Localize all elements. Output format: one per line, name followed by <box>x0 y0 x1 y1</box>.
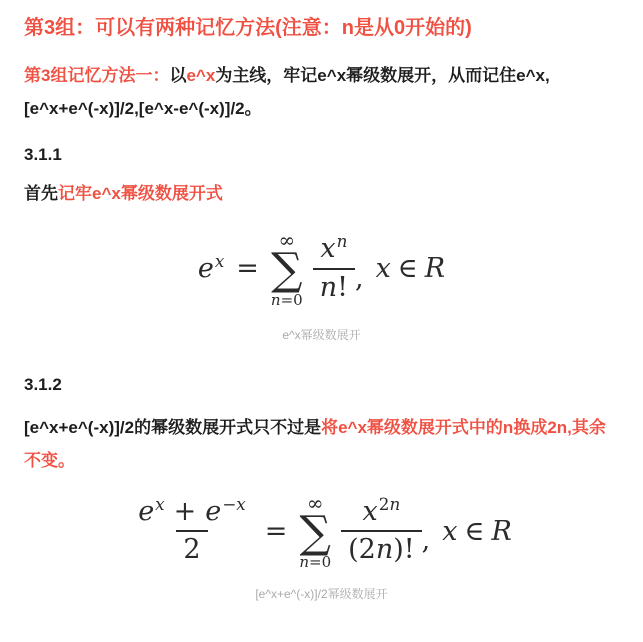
formula-cosh-series-row: ex+e−x 2 = ∞ ∑ n=0 x2n (2n)! , x∈R <box>24 493 619 571</box>
math-var-x: x <box>320 233 335 264</box>
math-var-x2n: x <box>363 496 378 527</box>
math-comma-2: , <box>422 525 431 556</box>
sigma-glyph: ∑ <box>271 250 302 290</box>
math-var-n: n <box>320 272 337 303</box>
fraction-x2n-over-2nfact: x2n (2n)! <box>341 496 422 567</box>
math-comma: , <box>355 263 364 294</box>
fraction-numerator-2: x2n <box>356 496 408 530</box>
domain-condition: x∈R <box>376 253 446 284</box>
math-var-e1: e <box>138 496 154 527</box>
summation-symbol: ∞ ∑ n=0 <box>271 230 303 308</box>
element-of-symbol-2: ∈ <box>464 516 484 547</box>
lower-limit-var-2: n <box>299 553 309 571</box>
fraction-denominator: n! <box>313 268 355 304</box>
math-var-n2: n <box>376 534 393 565</box>
method-one-label: 第3组记忆方法一： <box>24 66 169 85</box>
method-one-paragraph: 第3组记忆方法一：以e^x为主线，牢记e^x幂级数展开，从而记住e^x,[e^x… <box>24 59 619 125</box>
sigma-glyph-2: ∑ <box>300 513 331 553</box>
math-set-r-2: R <box>491 516 511 547</box>
fraction-cosh-lhs: ex+e−x 2 <box>131 496 253 567</box>
equals-sign: = <box>236 253 259 284</box>
cosh-desc-black: [e^x+e^(-x)]/2的幂级数展开式只不过是 <box>24 418 321 437</box>
method-one-text-1: 以 <box>169 66 186 85</box>
lower-limit-var: n <box>271 291 281 309</box>
article-page: 第3组：可以有两种记忆方法(注意：n是从0开始的) 第3组记忆方法一：以e^x为… <box>0 14 643 602</box>
lead-sentence-3-1-1: 首先记牢e^x幂级数展开式 <box>24 179 619 204</box>
fraction-denominator-2: (2n)! <box>341 530 422 566</box>
plus-sign: + <box>174 496 197 527</box>
math-var-e2: e <box>205 496 221 527</box>
math-set-r: R <box>425 253 445 284</box>
math-sup-minus-x: −x <box>222 494 245 514</box>
paren-2n-close-factorial: )! <box>393 534 414 565</box>
lower-limit-2: n=0 <box>299 555 331 570</box>
fraction-numerator: xn <box>313 233 354 267</box>
lower-limit: n=0 <box>271 293 303 308</box>
math-sup-x2: x <box>236 494 245 514</box>
sup-n: n <box>389 494 400 514</box>
lead-red-text: 记牢e^x幂级数展开式 <box>58 184 223 203</box>
cosh-lhs-denominator: 2 <box>176 530 207 566</box>
math-sup-x: x <box>215 251 224 271</box>
method-one-ex-highlight: e^x <box>186 66 215 85</box>
section-number-3-1-1: 3.1.1 <box>24 145 619 165</box>
formula-image-cosh-series: ex+e−x 2 = ∞ ∑ n=0 x2n (2n)! , x∈R <box>24 493 619 571</box>
domain-condition-2: x∈R <box>442 516 512 547</box>
formula-exp-series-row: ex = ∞ ∑ n=0 xn n! , x∈R <box>24 230 619 308</box>
formula-caption-cosh-series: [e^x+e^(-x)]/2幂级数展开 <box>24 585 619 602</box>
section-number-3-1-2: 3.1.2 <box>24 375 619 395</box>
math-sup-x1: x <box>155 494 164 514</box>
math-e-power-x: ex <box>198 253 224 284</box>
cosh-description-paragraph: [e^x+e^(-x)]/2的幂级数展开式只不过是将e^x幂级数展开式中的n换成… <box>24 411 619 477</box>
lower-limit-value-2: =0 <box>309 553 331 571</box>
math-sup-2n: 2n <box>379 494 400 514</box>
sup-2: 2 <box>379 494 390 514</box>
fraction-xn-over-nfact: xn n! <box>313 233 355 304</box>
formula-caption-exp-series: e^x幂级数展开 <box>24 326 619 343</box>
formula-image-exp-series: ex = ∞ ∑ n=0 xn n! , x∈R <box>24 230 619 308</box>
lower-limit-value: =0 <box>281 291 303 309</box>
paren-2n-open: (2 <box>348 534 376 565</box>
math-var-x-domain-2: x <box>442 516 457 547</box>
summation-symbol-2: ∞ ∑ n=0 <box>299 493 331 571</box>
minus-sign: − <box>222 494 236 514</box>
element-of-symbol: ∈ <box>398 253 418 284</box>
math-var-e: e <box>198 253 214 284</box>
math-factorial: ! <box>337 272 348 303</box>
cosh-lhs-numerator: ex+e−x <box>131 496 253 530</box>
math-sup-n: n <box>337 231 348 251</box>
equals-sign-2: = <box>265 516 288 547</box>
group3-heading: 第3组：可以有两种记忆方法(注意：n是从0开始的) <box>24 14 619 43</box>
lead-black-text: 首先 <box>24 184 58 203</box>
math-var-x-domain: x <box>376 253 391 284</box>
